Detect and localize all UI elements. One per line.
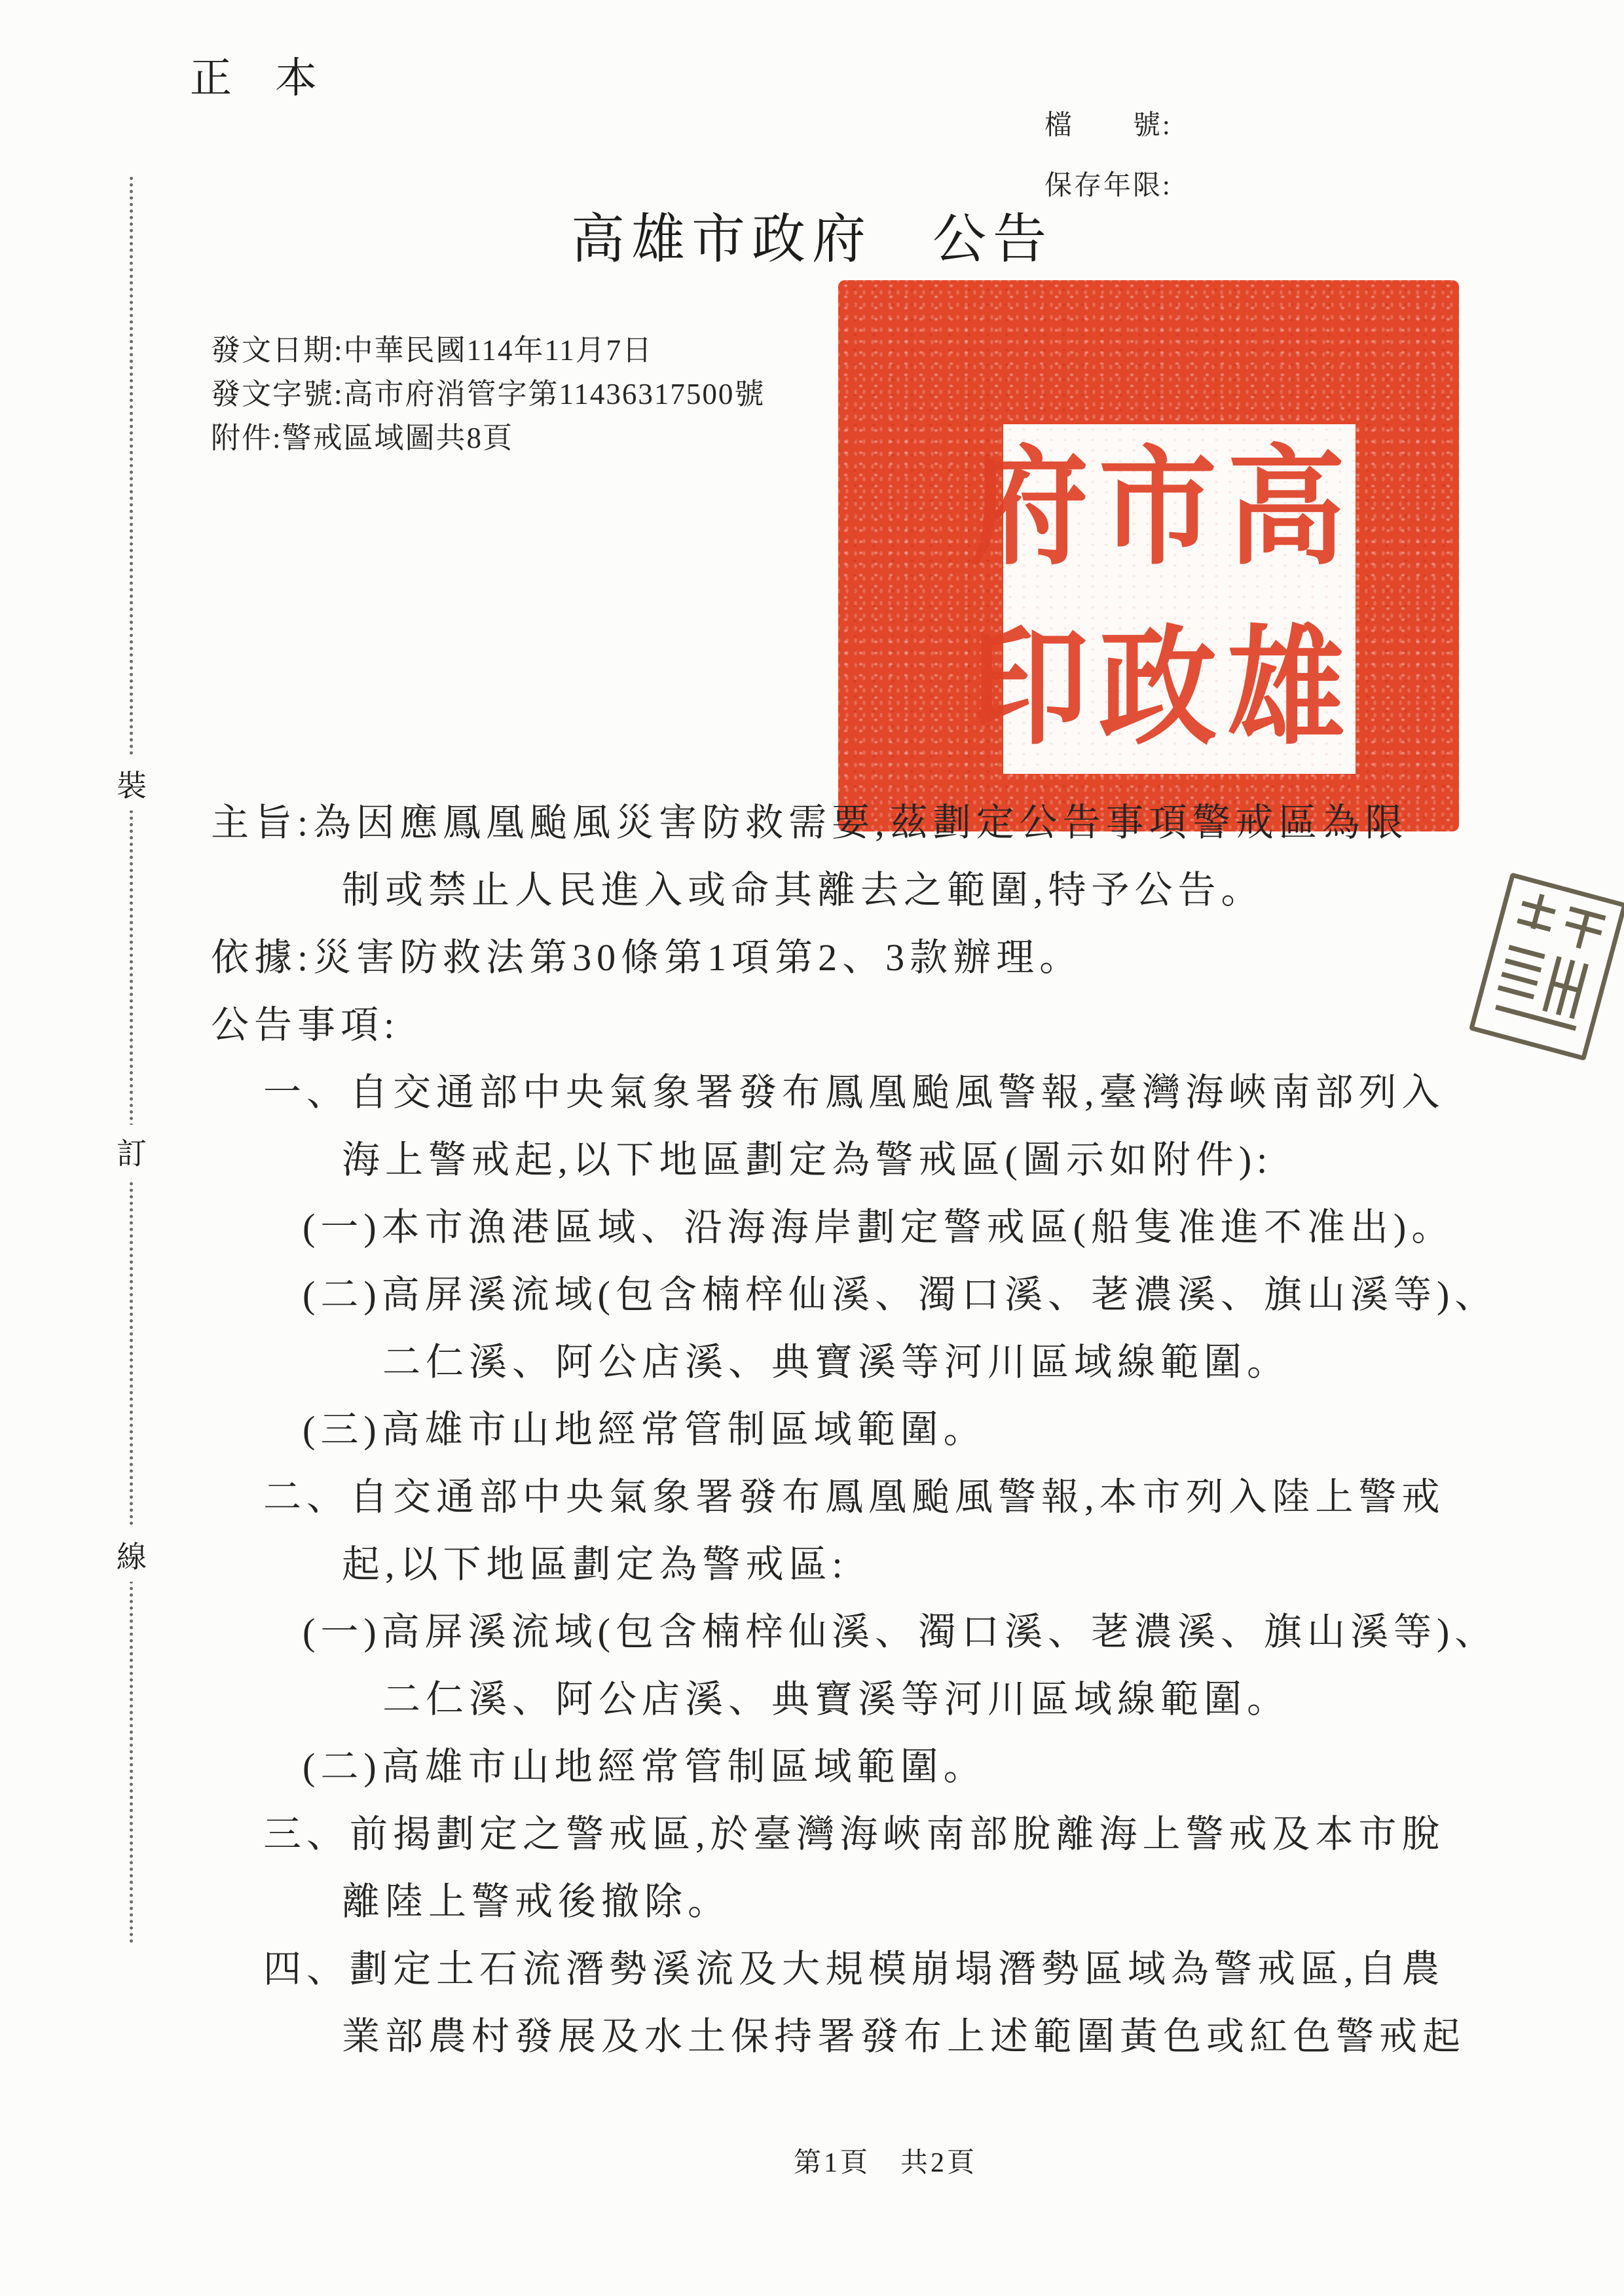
announcement-body: 主旨:為因應鳳凰颱風災害防救需要,茲劃定公告事項警戒區為限制或禁止人民進入或命其… xyxy=(211,789,1527,2070)
body-line: 依據:災害防救法第30條第1項第2、3款辦理。 xyxy=(211,924,1527,991)
binding-mark: 訂 xyxy=(110,1125,153,1178)
meta-line: 附件:警戒區域圖共8頁 xyxy=(211,416,765,460)
seal-character: 高 xyxy=(1227,432,1345,586)
seal-character: 印 xyxy=(970,612,1088,766)
seal-character: 雄 xyxy=(1227,612,1345,766)
document-page: 正本 檔 號: 保存年限: 高雄市政府 公告 發文日期:中華民國114年11月7… xyxy=(0,0,1624,2296)
body-line: 二仁溪、阿公店溪、典寶溪等河川區域線範圍。 xyxy=(382,1328,1527,1396)
body-line: 三、前揭劃定之警戒區,於臺灣海峽南部脫離海上警戒及本市脫 xyxy=(263,1800,1527,1868)
body-line: 二、自交通部中央氣象署發布鳳凰颱風警報,本市列入陸上警戒 xyxy=(263,1463,1527,1531)
body-line: 公告事項: xyxy=(211,991,1527,1059)
body-line: 一、自交通部中央氣象署發布鳳凰颱風警報,臺灣海峽南部列入 xyxy=(263,1059,1527,1126)
meta-line: 發文日期:中華民國114年11月7日 xyxy=(211,329,765,373)
body-line: (一)本市漁港區域、沿海海岸劃定警戒區(船隻准進不准出)。 xyxy=(303,1194,1527,1261)
body-line: 業部農村發展及水土保持署發布上述範圍黃色或紅色警戒起 xyxy=(342,2003,1527,2070)
seal-character: 政 xyxy=(1099,612,1217,766)
seal-character: 市 xyxy=(1099,432,1217,586)
body-line: (二)高雄市山地經常管制區域範圍。 xyxy=(303,1733,1527,1800)
binding-mark: 線 xyxy=(110,1528,153,1582)
body-line: 二仁溪、阿公店溪、典寶溪等河川區域線範圍。 xyxy=(382,1666,1527,1733)
meta-line: 發文字號:高市府消管字第11436317500號 xyxy=(211,373,765,416)
seal-character: 府 xyxy=(970,432,1088,586)
government-seal-text: 高雄市政府印 xyxy=(1003,424,1356,774)
body-line: (二)高屏溪流域(包含楠梓仙溪、濁口溪、荖濃溪、旗山溪等)、 xyxy=(303,1261,1527,1328)
binding-mark: 裝 xyxy=(110,757,153,811)
body-line: (一)高屏溪流域(包含楠梓仙溪、濁口溪、荖濃溪、旗山溪等)、 xyxy=(303,1598,1527,1666)
page-footer: 第1頁 共2頁 xyxy=(794,2141,977,2180)
binding-dotted-line xyxy=(130,177,133,1944)
body-line: (三)高雄市山地經常管制區域範圍。 xyxy=(303,1396,1527,1463)
file-number-label: 檔 號: xyxy=(1044,96,1172,156)
document-title: 高雄市政府 公告 xyxy=(0,196,1624,273)
copy-type-label: 正本 xyxy=(190,45,360,105)
body-line: 海上警戒起,以下地區劃定為警戒區(圖示如附件): xyxy=(342,1126,1527,1194)
seal-column: 市政 xyxy=(1099,432,1217,766)
body-line: 制或禁止人民進入或命其離去之範圍,特予公告。 xyxy=(342,856,1527,924)
seal-column: 府印 xyxy=(970,432,1088,766)
body-line: 離陸上警戒後撤除。 xyxy=(342,1868,1527,1935)
body-line: 四、劃定土石流潛勢溪流及大規模崩塌潛勢區域為警戒區,自農 xyxy=(263,1935,1527,2003)
seal-column: 高雄 xyxy=(1227,432,1345,766)
body-line: 主旨:為因應鳳凰颱風災害防救需要,茲劃定公告事項警戒區為限 xyxy=(211,789,1527,856)
government-seal: 高雄市政府印 xyxy=(838,280,1459,831)
dispatch-meta: 發文日期:中華民國114年11月7日發文字號:高市府消管字第1143631750… xyxy=(211,329,765,460)
body-line: 起,以下地區劃定為警戒區: xyxy=(342,1531,1527,1598)
